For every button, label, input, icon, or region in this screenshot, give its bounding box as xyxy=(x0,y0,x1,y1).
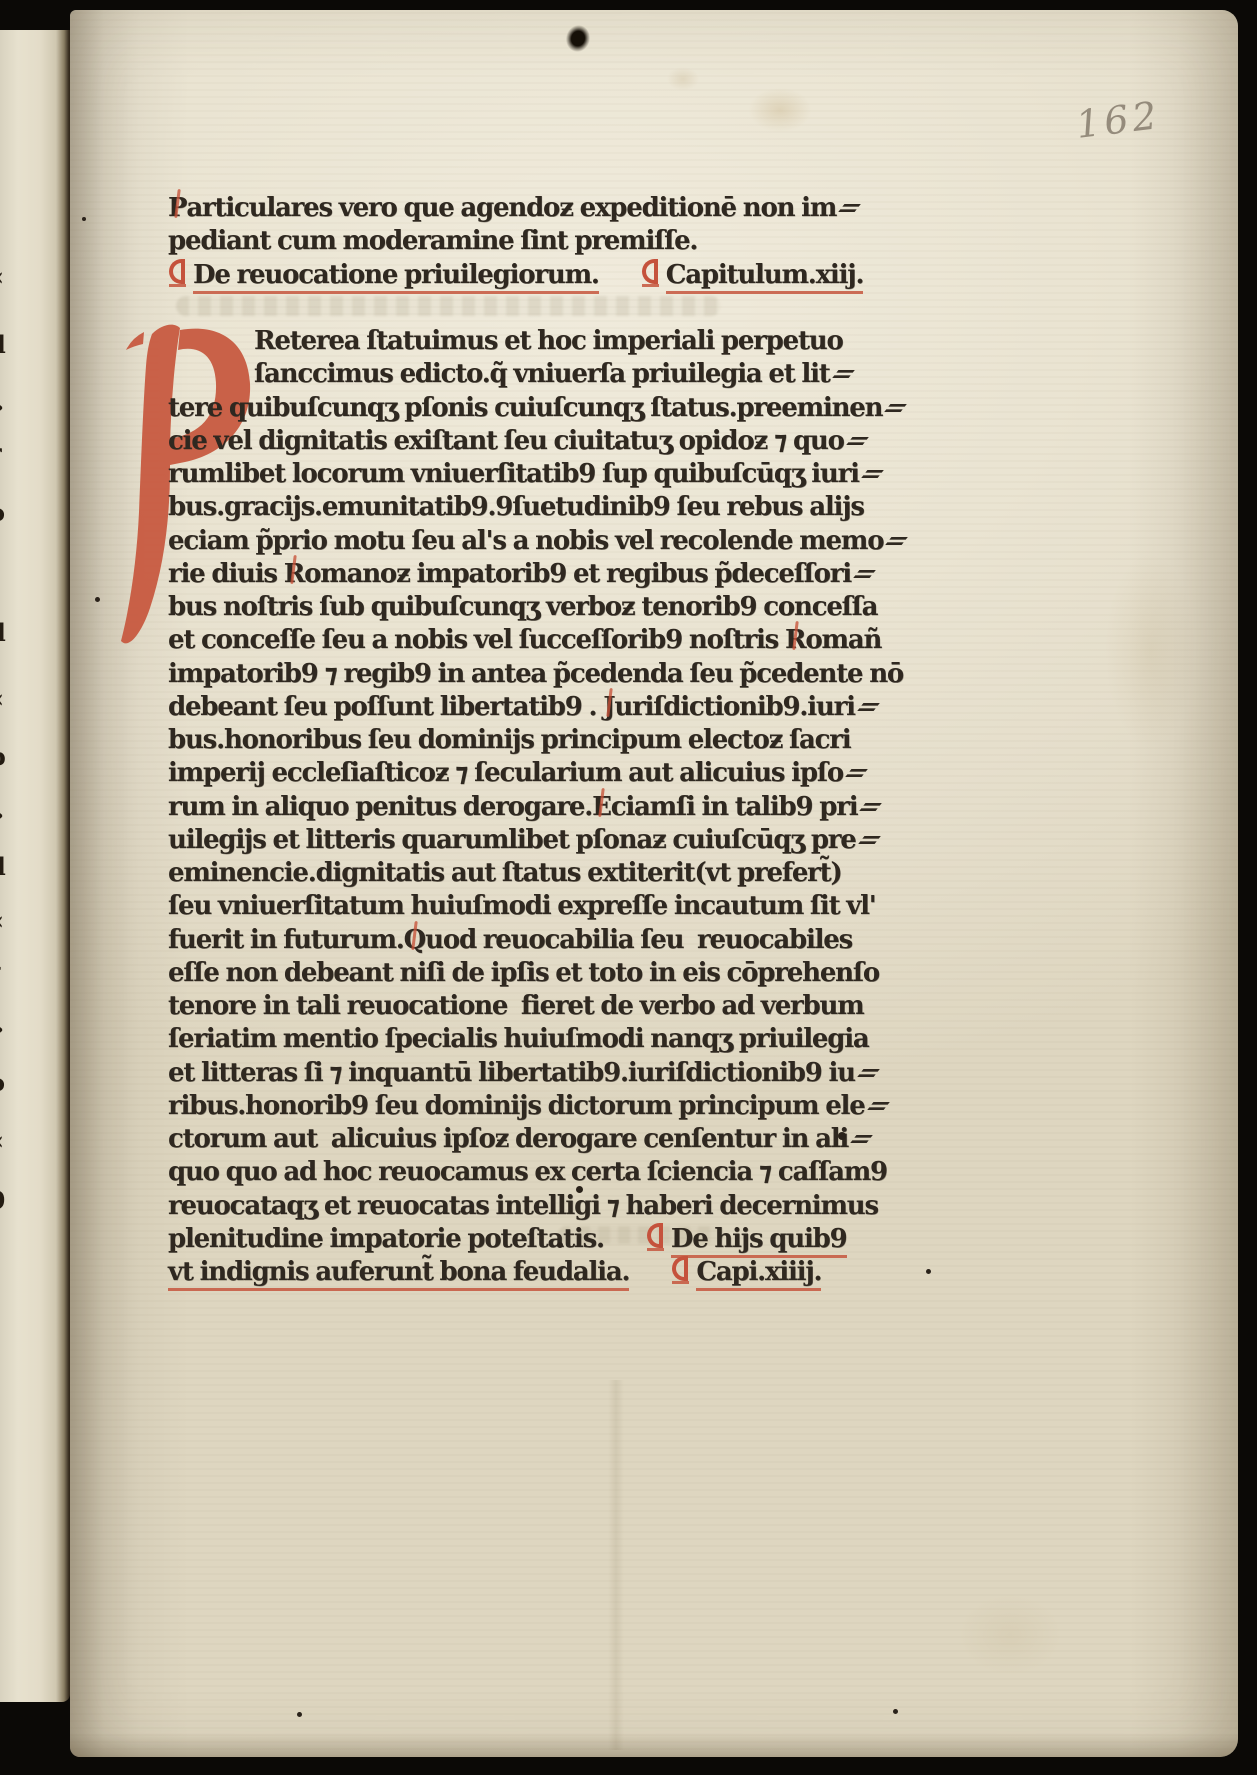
ink-speck xyxy=(838,1132,846,1140)
text-line: rum in aliquo penitus derogare.Eciamſi i… xyxy=(168,791,848,824)
text-segment: eciam p̃prio motu ſeu al's a nobis vel r… xyxy=(168,526,883,556)
text-line: rumlibet locorum vniuerſitatib9 ſup quib… xyxy=(168,458,848,491)
text-segment: tenore in tali reuocatione fieret de ver… xyxy=(168,991,864,1021)
margin-fragment: d xyxy=(0,618,6,647)
text-segment: articulares vero que agendoƶ expeditionē… xyxy=(186,193,836,223)
text-line: ſanccimus edicto.q̃ vniuerſa priuilegia … xyxy=(168,358,848,391)
text-segment: rie diuis xyxy=(168,559,284,589)
page-bottom-shade xyxy=(70,1733,1238,1757)
margin-fragment: « xyxy=(0,684,4,713)
text-line: et conceſſe ſeu a nobis vel ſucceſſorib9… xyxy=(168,624,848,657)
text-line: bus noſtris ſub quibuſcunqʒ verboƶ tenor… xyxy=(168,591,848,624)
margin-fragment: « xyxy=(0,1126,4,1155)
text-segment: R xyxy=(284,558,304,591)
text-segment: ctorum aut alicuius ipſoƶ derogare cenſe… xyxy=(168,1124,848,1154)
text-line: pediant cum moderamine ſint premiſſe. xyxy=(168,225,848,258)
paper-stain xyxy=(660,62,706,96)
text-line: debeant ſeu poſſunt libertatib9 . Juriſd… xyxy=(168,691,848,724)
text-segment: Q xyxy=(404,924,425,957)
text-segment: R xyxy=(785,624,805,657)
text-segment: pediant cum moderamine ſint premiſſe. xyxy=(168,226,697,256)
scanned-book-photo: ı«d»ro·d«b»d«ſ»o«9 Particulares vero que… xyxy=(0,0,1257,1775)
margin-fragment: d xyxy=(0,852,6,881)
text-segment: et conceſſe ſeu a nobis vel ſucceſſorib9… xyxy=(168,625,785,655)
text-line: bus.honoribus ſeu dominijs principum ele… xyxy=(168,724,848,757)
text-segment: Reterea ſtatuimus et hoc imperiali perpe… xyxy=(254,326,843,356)
text-segment: fuerit in futurum. xyxy=(168,925,404,955)
text-line: tere quibuſcunqʒ pſonis cuiuſcunqʒ ſtatu… xyxy=(168,392,848,425)
text-segment: Capi.xiiij. xyxy=(696,1257,821,1291)
text-line: imperij eccleſiaſticoƶ ⁊ ſecularium aut … xyxy=(168,757,848,790)
text-line: quo quo ad hoc reuocamus ex certa ſcienc… xyxy=(168,1156,848,1189)
ink-speck xyxy=(82,217,86,221)
paper-stain xyxy=(735,78,825,142)
margin-fragment: « xyxy=(0,262,4,291)
paper-stain xyxy=(940,1580,1080,1690)
margin-fragment: » xyxy=(0,392,4,421)
text-segment: omanoƶ impatorib9 et regibus p̃deceſſori xyxy=(304,559,851,589)
text-segment: plenitudine impatorie poteſtatis. xyxy=(168,1224,604,1254)
text-segment: uriſdictionib9.iuri xyxy=(614,692,854,722)
text-line: impatorib9 ⁊ regib9 in antea p̃cedenda ſ… xyxy=(168,658,848,691)
text-line: Reterea ſtatuimus et hoc imperiali perpe… xyxy=(168,325,848,358)
margin-fragment: « xyxy=(0,906,4,935)
text-line: eciam p̃prio motu ſeu al's a nobis vel r… xyxy=(168,525,848,558)
text-line: bus.gracijs.emunitatib9.9ſuetudinib9 ſeu… xyxy=(168,491,848,524)
text-line: fuerit in futurum.Quod reuocabilia ſeu r… xyxy=(168,924,848,957)
text-segment: imperij eccleſiaſticoƶ ⁊ ſecularium aut … xyxy=(168,758,843,788)
capitulum-mark-icon xyxy=(647,1223,664,1251)
text-segment: De hijs quib9 xyxy=(671,1224,847,1258)
text-segment: et litteras ſi ⁊ inquantū libertatib9.iu… xyxy=(168,1058,855,1088)
text-segment: E xyxy=(592,791,611,824)
capitulum-mark-icon xyxy=(169,259,186,287)
text-segment: ſeu vniuerſitatum huiuſmodi expreſſe inc… xyxy=(168,891,876,921)
text-segment: bus.honoribus ſeu dominijs principum ele… xyxy=(168,725,851,755)
text-segment: ciamſi in talib9 pri xyxy=(611,792,858,822)
text-line: reuocataqʒ et reuocatas intelligi ⁊ habe… xyxy=(168,1190,848,1223)
text-line: et litteras ſi ⁊ inquantū libertatib9.iu… xyxy=(168,1057,848,1090)
text-line: uilegijs et litteris quarumlibet pſonaƶ … xyxy=(168,824,848,857)
margin-fragments-strip: ı«d»ro·d«b»d«ſ»o«9 xyxy=(0,0,17,1775)
margin-fragment: » xyxy=(0,800,4,829)
text-line xyxy=(168,292,848,325)
text-line: vt indignis auferunt̃ bona feudalia.Capi… xyxy=(168,1256,848,1289)
ink-speck xyxy=(926,1269,931,1274)
text-segment: rumlibet locorum vniuerſitatib9 ſup quib… xyxy=(168,459,859,489)
text-segment: uilegijs et litteris quarumlibet pſonaƶ … xyxy=(168,825,856,855)
ink-speck xyxy=(557,1242,563,1248)
text-line: rie diuis Romanoƶ impatorib9 et regibus … xyxy=(168,558,848,591)
text-segment: ſeriatim mentio ſpecialis huiuſmodi nanq… xyxy=(168,1024,869,1054)
text-segment: tere quibuſcunqʒ pſonis cuiuſcunqʒ ſtatu… xyxy=(168,393,882,423)
text-line: plenitudine impatorie poteſtatis.De hijs… xyxy=(168,1223,848,1256)
text-line: De reuocatione priuilegiorum.Capitulum.x… xyxy=(168,259,848,292)
margin-fragment: b xyxy=(0,742,6,771)
text-line: ribus.honorib9 ſeu dominijs dictorum pri… xyxy=(168,1090,848,1123)
text-segment: rum in aliquo penitus derogare. xyxy=(168,792,592,822)
text-line: ctorum aut alicuius ipſoƶ derogare cenſe… xyxy=(168,1123,848,1156)
margin-fragment: r xyxy=(0,438,2,467)
margin-fragment: 9 xyxy=(0,1186,6,1215)
margin-fragment: o xyxy=(0,498,5,527)
text-segment: ſanccimus edicto.q̃ vniuerſa priuilegia … xyxy=(254,359,830,389)
text-segment: omañ xyxy=(805,625,881,655)
capitulum-mark-icon xyxy=(642,259,659,287)
text-segment: bus noſtris ſub quibuſcunqʒ verboƶ tenor… xyxy=(168,592,877,622)
text-segment: eſſe non debeant niſi de ipſis et toto i… xyxy=(168,958,879,988)
margin-fragment: d xyxy=(0,330,6,359)
text-segment: De reuocatione priuilegiorum. xyxy=(193,260,599,294)
margin-fragment: » xyxy=(0,1014,4,1043)
text-line: tenore in tali reuocatione fieret de ver… xyxy=(168,990,848,1023)
text-segment: bus.gracijs.emunitatib9.9ſuetudinib9 ſeu… xyxy=(168,492,864,522)
text-segment: Capitulum.xiij. xyxy=(666,260,864,294)
text-segment: cie vel dignitatis exiſtant ſeu ciuitatu… xyxy=(168,426,844,456)
text-line: cie vel dignitatis exiſtant ſeu ciuitatu… xyxy=(168,425,848,458)
text-block: Particulares vero que agendoƶ expedition… xyxy=(168,192,848,1289)
text-line: Particulares vero que agendoƶ expedition… xyxy=(168,192,848,225)
text-line: ſeriatim mentio ſpecialis huiuſmodi nanq… xyxy=(168,1023,848,1056)
text-segment: vt indignis auferunt̃ bona feudalia. xyxy=(168,1257,629,1291)
text-segment: J xyxy=(603,691,614,724)
paper-crease xyxy=(608,1380,624,1750)
ink-speck xyxy=(297,1712,302,1717)
text-line: eſſe non debeant niſi de ipſis et toto i… xyxy=(168,957,848,990)
text-segment: debeant ſeu poſſunt libertatib9 . xyxy=(168,692,603,722)
margin-fragment: o xyxy=(0,1068,5,1097)
paper-stain xyxy=(1090,520,1210,780)
text-segment: impatorib9 ⁊ regib9 in antea p̃cedenda ſ… xyxy=(168,659,903,689)
text-segment: reuocataqʒ et reuocatas intelligi ⁊ habe… xyxy=(168,1191,878,1221)
text-segment: P xyxy=(168,192,186,225)
text-line: eminencie.dignitatis aut ſtatus extiteri… xyxy=(168,857,848,890)
text-line: ſeu vniuerſitatum huiuſmodi expreſſe inc… xyxy=(168,890,848,923)
ink-speck xyxy=(576,1186,583,1193)
text-segment: uod reuocabilia ſeu reuocabiles xyxy=(425,925,852,955)
capitulum-mark-icon xyxy=(672,1256,689,1284)
ink-speck xyxy=(95,597,100,602)
text-segment: ribus.honorib9 ſeu dominijs dictorum pri… xyxy=(168,1091,865,1121)
ink-speck xyxy=(893,1709,898,1714)
text-segment: quo quo ad hoc reuocamus ex certa ſcienc… xyxy=(168,1157,887,1187)
text-segment: eminencie.dignitatis aut ſtatus extiteri… xyxy=(168,858,842,888)
